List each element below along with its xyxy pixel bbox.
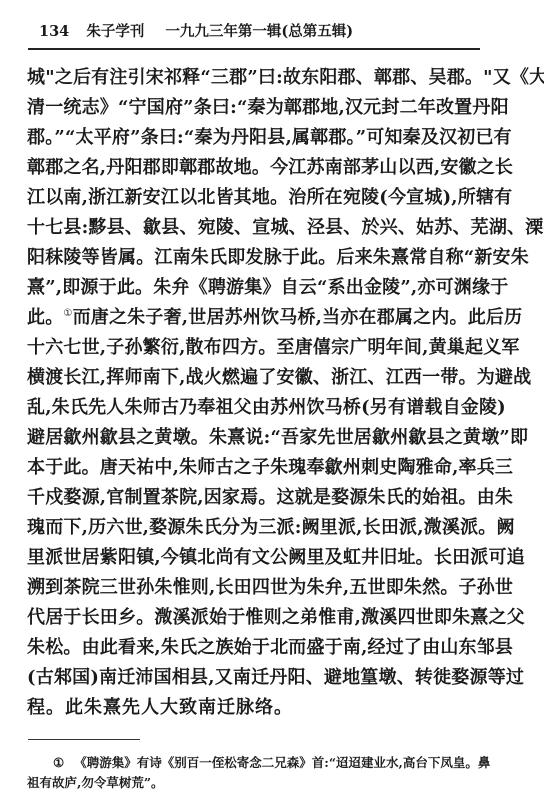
text-line: 城"之后有注引宋祁释“三郡”曰:故东阳郡、鄣郡、吴郡。"又《大 bbox=[27, 63, 483, 93]
footnote-mark: ① bbox=[53, 755, 64, 770]
text-line: 十六七世,子孙繁衍,散布四方。至唐僖宗广明年间,黄巢起义军 bbox=[27, 333, 483, 363]
text-line: 瑰而下,历六世,婺源朱氏分为三派:阙里派,长田派,溦溪派。阙 bbox=[27, 513, 483, 543]
footnote-ref-link[interactable]: ① bbox=[63, 308, 72, 319]
text-line: 千戍婺源,官制置茶院,因家焉。这就是婺源朱氏的始祖。由朱 bbox=[27, 483, 483, 513]
text-line: 本于此。唐天祐中,朱师古之子朱瑰奉歙州刺史陶雅命,率兵三 bbox=[27, 453, 483, 483]
text-line: 郡。”“太平府”条曰:“秦为丹阳县,属鄣郡。”可知秦及汉初已有 bbox=[27, 123, 483, 153]
text-line: 清一统志》“宁国府”条曰:“秦为鄣郡地,汉元封二年改置丹阳 bbox=[27, 93, 483, 123]
text-line: 熹”,即源于此。朱弁《聘游集》自云“系出金陵”,亦可渊缘于 bbox=[27, 273, 483, 303]
footnote: ①《聘游集》有诗《别百一侄松寄念二兄森》首:“迢迢建业水,高台下凤皇。鼻 祖有故… bbox=[27, 753, 483, 793]
footnote-separator bbox=[28, 739, 140, 740]
text-line: (古邾国)南迁沛国相县,又南迁丹阳、避地篁墩、转徙婺源等过 bbox=[27, 663, 483, 693]
text-line: 朱松。由此看来,朱氏之族始于北而盛于南,经过了由山东邹县 bbox=[27, 633, 483, 663]
text-line: 乱,朱氏先人朱师古乃奉祖父由苏州饮马桥(另有谱载自金陵) bbox=[27, 393, 483, 423]
text-line: 十七县:黟县、歙县、宛陵、宣城、泾县、於兴、姑苏、芜湖、溧阳、丹 bbox=[27, 213, 483, 243]
issue-info: 一九九三年第一辑(总第五辑) bbox=[165, 23, 353, 40]
text-line: 鄣郡之名,丹阳郡即鄣郡故地。今江苏南部茅山以西,安徽之长 bbox=[27, 153, 483, 183]
journal-title: 朱子学刊 bbox=[86, 23, 144, 40]
text-line-with-footnote-ref: 此。①而唐之朱子奢,世居苏州饮马桥,当亦在郡属之内。此后历 bbox=[27, 303, 483, 333]
body-text: 城"之后有注引宋祁释“三郡”曰:故东阳郡、鄣郡、吴郡。"又《大 清一统志》“宁国… bbox=[27, 63, 483, 723]
text-line: 溯到茶院三世孙朱惟则,长田四世为朱弁,五世即朱然。子孙世 bbox=[27, 573, 483, 603]
footnote-line: 祖有故庐,勿令草树荒”。 bbox=[27, 773, 483, 793]
footnote-text: 《聘游集》有诗《别百一侄松寄念二兄森》首:“迢迢建业水,高台下凤皇。鼻 bbox=[74, 755, 490, 770]
text-line: 阳秣陵等皆属。江南朱氏即发脉于此。后来朱熹常自称“新安朱 bbox=[27, 243, 483, 273]
text-line: 横渡长江,挥师南下,战火燃遍了安徽、浙江、江西一带。为避战 bbox=[27, 363, 483, 393]
line-rest: 而唐之朱子奢,世居苏州饮马桥,当亦在郡属之内。此后历 bbox=[73, 307, 523, 328]
text-line-last: 程。此朱熹先人大致南迁脉络。 bbox=[27, 693, 483, 723]
text-line: 里派世居紫阳镇,今镇北尚有文公阙里及虹井旧址。长田派可追 bbox=[27, 543, 483, 573]
page-number: 134 bbox=[39, 23, 69, 40]
running-header: 134 朱子学刊 一九九三年第一辑(总第五辑) bbox=[39, 20, 353, 41]
text-line: 江以南,浙江新安江以北皆其地。治所在宛陵(今宣城),所辖有 bbox=[27, 183, 483, 213]
header-rule bbox=[28, 48, 480, 50]
footnote-line: ①《聘游集》有诗《别百一侄松寄念二兄森》首:“迢迢建业水,高台下凤皇。鼻 bbox=[27, 753, 483, 773]
text-line: 代居于长田乡。溦溪派始于惟则之弟惟甫,溦溪四世即朱熹之父 bbox=[27, 603, 483, 633]
line-prefix: 此。 bbox=[27, 307, 63, 328]
text-line: 避居歙州歙县之黄墩。朱熹说:“吾家先世居歙州歙县之黄墩”即 bbox=[27, 423, 483, 453]
